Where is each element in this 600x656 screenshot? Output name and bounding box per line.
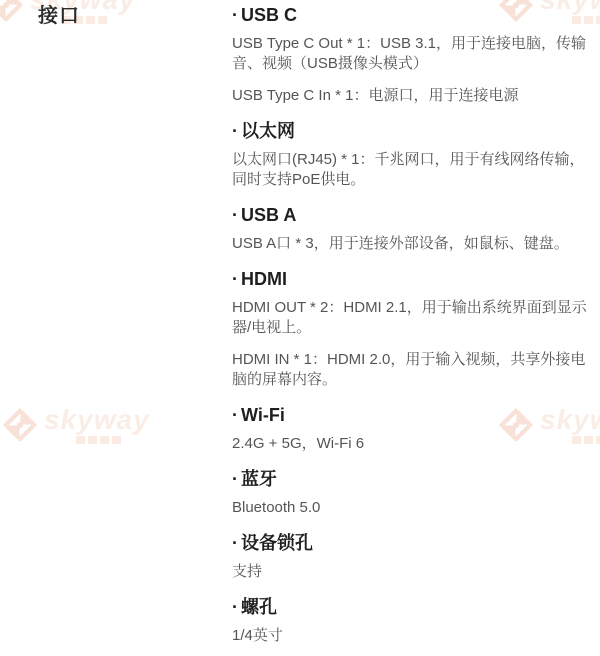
spec-title-text: 蓝牙 <box>241 469 277 489</box>
spec-detail: USB Type C In * 1：电源口，用于连接电源 <box>232 86 588 106</box>
spec-detail: USB Type C Out * 1：USB 3.1，用于连接电脑，传输音、视频… <box>232 34 588 74</box>
spec-section-lock-slot: ·设备锁孔 支持 <box>232 532 588 582</box>
spec-page: skyway skyway <box>0 0 600 656</box>
spec-section-usb-a: ·USB A USB A口 * 3，用于连接外部设备，如鼠标、键盘。 <box>232 204 588 254</box>
spec-detail: HDMI IN * 1：HDMI 2.0，用于输入视频，共享外接电脑的屏幕内容。 <box>232 350 588 390</box>
bullet: · <box>232 597 238 617</box>
bullet: · <box>232 405 238 425</box>
spec-detail: 支持 <box>232 562 588 582</box>
spec-title-text: USB C <box>241 5 297 25</box>
spec-details: ·USB C USB Type C Out * 1：USB 3.1，用于连接电脑… <box>232 4 600 656</box>
bullet: · <box>232 533 238 553</box>
spec-title-text: 设备锁孔 <box>241 533 313 553</box>
spec-title-text: Wi-Fi <box>241 405 285 425</box>
spec-detail: 1/4英寸 <box>232 626 588 646</box>
spec-detail: Bluetooth 5.0 <box>232 498 588 518</box>
spec-title: ·蓝牙 <box>232 468 588 490</box>
bullet: · <box>232 469 238 489</box>
spec-detail: 以太网口(RJ45) * 1：千兆网口，用于有线网络传输，同时支持PoE供电。 <box>232 150 588 190</box>
spec-section-ethernet: ·以太网 以太网口(RJ45) * 1：千兆网口，用于有线网络传输，同时支持Po… <box>232 120 588 190</box>
spec-title: ·USB C <box>232 4 588 26</box>
spec-row-header: 接口 <box>0 4 232 656</box>
row-label-ports: 接口 <box>38 4 232 28</box>
spec-title: ·螺孔 <box>232 596 588 618</box>
spec-section-screw-hole: ·螺孔 1/4英寸 <box>232 596 588 646</box>
spec-title: ·设备锁孔 <box>232 532 588 554</box>
spec-title: ·HDMI <box>232 268 588 290</box>
bullet: · <box>232 269 238 289</box>
spec-section-usb-c: ·USB C USB Type C Out * 1：USB 3.1，用于连接电脑… <box>232 4 588 106</box>
bullet: · <box>232 121 238 141</box>
spec-section-bluetooth: ·蓝牙 Bluetooth 5.0 <box>232 468 588 518</box>
spec-title: ·Wi-Fi <box>232 404 588 426</box>
spec-title: ·以太网 <box>232 120 588 142</box>
spec-detail: HDMI OUT * 2：HDMI 2.1，用于输出系统界面到显示器/电视上。 <box>232 298 588 338</box>
spec-detail: USB A口 * 3，用于连接外部设备，如鼠标、键盘。 <box>232 234 588 254</box>
spec-title: ·USB A <box>232 204 588 226</box>
spec-title-text: HDMI <box>241 269 287 289</box>
spec-content: 接口 ·USB C USB Type C Out * 1：USB 3.1，用于连… <box>0 0 600 656</box>
spec-title-text: USB A <box>241 205 296 225</box>
spec-title-text: 螺孔 <box>241 597 277 617</box>
spec-detail: 2.4G + 5G，Wi-Fi 6 <box>232 434 588 454</box>
spec-title-text: 以太网 <box>241 121 295 141</box>
spec-section-hdmi: ·HDMI HDMI OUT * 2：HDMI 2.1，用于输出系统界面到显示器… <box>232 268 588 390</box>
spec-section-wifi: ·Wi-Fi 2.4G + 5G，Wi-Fi 6 <box>232 404 588 454</box>
bullet: · <box>232 5 238 25</box>
bullet: · <box>232 205 238 225</box>
